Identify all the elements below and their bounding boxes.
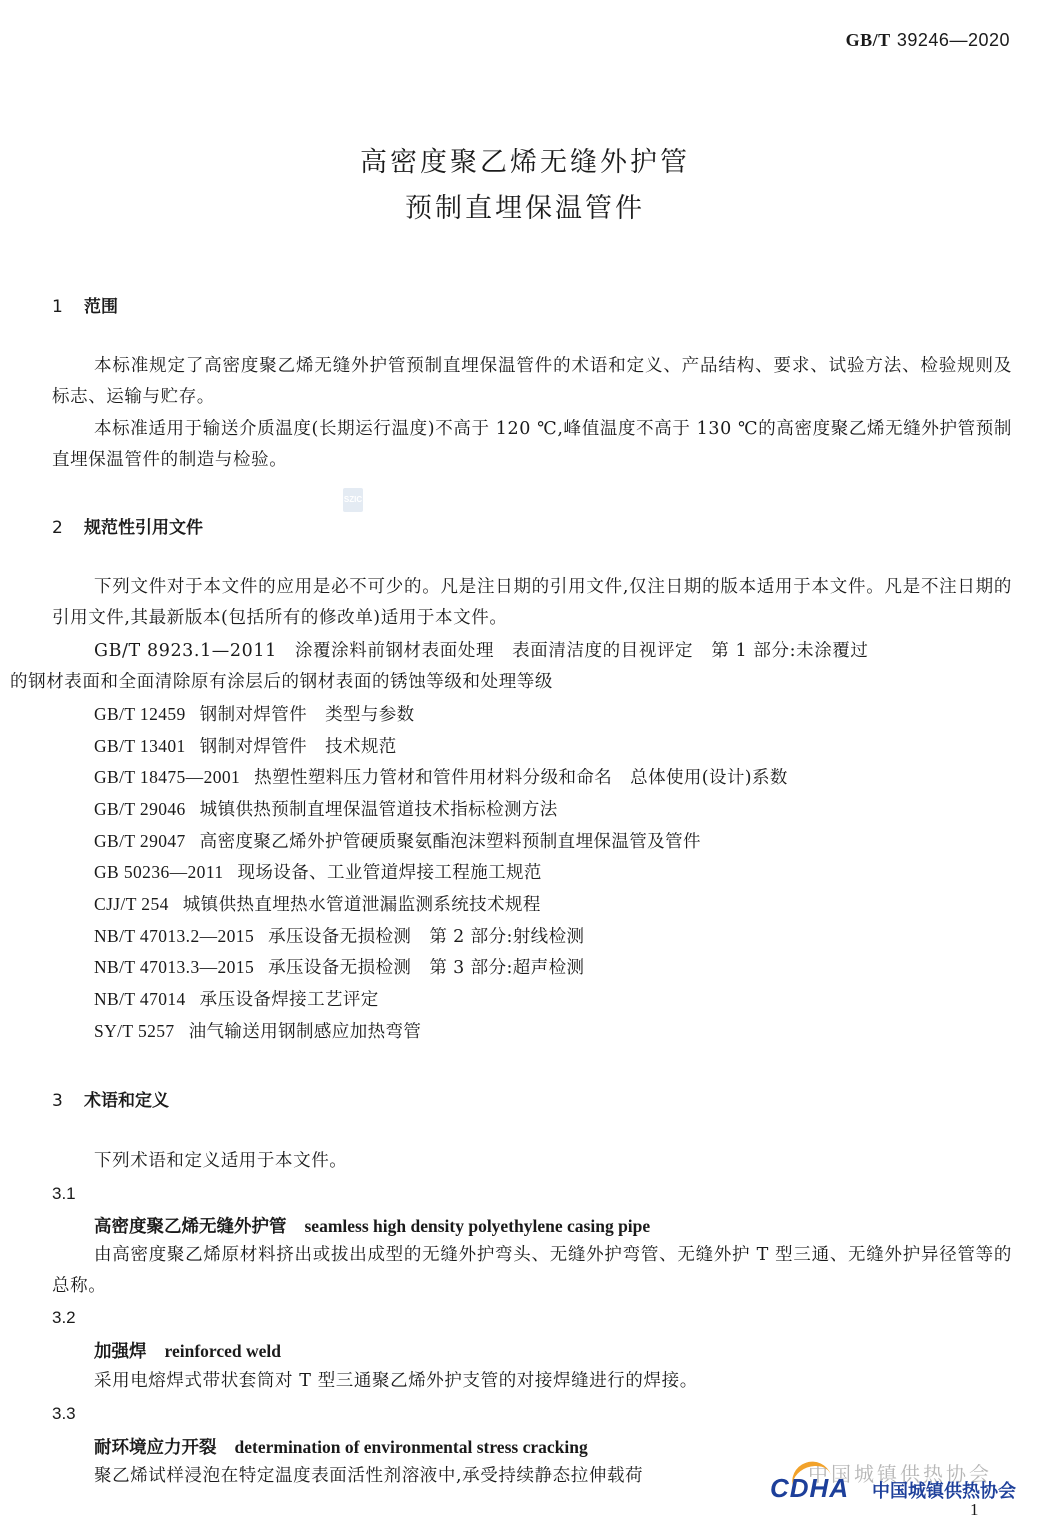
section-number: 3 (52, 1091, 84, 1111)
title-line-1: 高密度聚乙烯无缝外护管 (0, 140, 1050, 186)
reference-code: GB/T 13401 (94, 736, 186, 756)
reference-code: CJJ/T 254 (94, 894, 169, 914)
reference-item: SY/T 5257油气输送用钢制感应加热弯管 (94, 1016, 421, 1048)
cdha-org-name: 中国城镇供热协会 (872, 1477, 1016, 1503)
section-title: 范围 (84, 297, 118, 317)
reference-code: NB/T 47014 (94, 989, 186, 1009)
reference-title: 承压设备无损检测 (268, 927, 411, 947)
standard-code: GB/T 39246—2020 (846, 30, 1010, 51)
reference-subtitle: 技术规范 (325, 737, 397, 757)
reference-code: NB/T 47013.3—2015 (94, 957, 254, 977)
reference-title: 城镇供热预制直埋保温管道技术指标检测方法 (200, 800, 558, 820)
reference-code: GB/T 29047 (94, 831, 186, 851)
term-entry: 耐环境应力开裂determination of environmental st… (94, 1434, 588, 1459)
reference-code: GB/T 29046 (94, 799, 186, 819)
clause-number: 3.2 (52, 1308, 76, 1328)
reference-item: NB/T 47013.2—2015承压设备无损检测第 2 部分:射线检测 (94, 921, 584, 953)
reference-title: 现场设备、工业管道焊接工程施工规范 (238, 863, 542, 883)
reference-item: GB/T 8923.1—2011 涂覆涂料前钢材表面处理 表面清洁度的目视评定 … (52, 636, 1012, 698)
section-number: 1 (52, 297, 84, 317)
reference-item: CJJ/T 254城镇供热直埋热水管道泄漏监测系统技术规程 (94, 889, 541, 921)
paragraph: 本标准规定了高密度聚乙烯无缝外护管预制直埋保温管件的术语和定义、产品结构、要求、… (52, 351, 1012, 413)
term-definition: 聚乙烯试样浸泡在特定温度表面活性剂溶液中,承受持续静态拉伸载荷 (52, 1461, 772, 1492)
reference-subtitle: 总体使用(设计)系数 (630, 768, 788, 788)
reference-item: GB/T 29047高密度聚乙烯外护管硬质聚氨酯泡沫塑料预制直埋保温管及管件 (94, 826, 701, 858)
section-title: 规范性引用文件 (84, 518, 203, 538)
reference-code: GB/T 18475—2001 (94, 767, 240, 787)
reference-title: 承压设备无损检测 (268, 958, 411, 978)
section-heading-terms: 3术语和定义 (52, 1086, 169, 1111)
term-en: reinforced weld (165, 1341, 281, 1361)
section-heading-scope: 1范围 (52, 292, 118, 317)
term-en: seamless high density polyethylene casin… (305, 1216, 651, 1236)
reference-item: GB/T 18475—2001热塑性塑料压力管材和管件用材料分级和命名总体使用(… (94, 762, 788, 794)
reference-subtitle: 第 3 部分:超声检测 (429, 958, 584, 978)
reference-text-cont: 的钢材表面和全面清除原有涂层后的钢材表面的锈蚀等级和处理等级 (10, 672, 553, 692)
term-entry: 加强焊reinforced weld (94, 1338, 281, 1363)
reference-subtitle: 类型与参数 (325, 705, 415, 725)
term-zh: 高密度聚乙烯无缝外护管 (94, 1217, 287, 1237)
standard-prefix: GB/T (846, 30, 891, 50)
reference-text: GB/T 8923.1—2011 涂覆涂料前钢材表面处理 表面清洁度的目视评定 … (94, 641, 869, 661)
reference-title: 承压设备焊接工艺评定 (200, 990, 379, 1010)
document-title: 高密度聚乙烯无缝外护管 预制直埋保温管件 (0, 140, 1050, 232)
reference-code: GB/T 12459 (94, 704, 186, 724)
reference-item: NB/T 47013.3—2015承压设备无损检测第 3 部分:超声检测 (94, 952, 584, 984)
term-definition: 采用电熔焊式带状套筒对 T 型三通聚乙烯外护支管的对接焊缝进行的焊接。 (52, 1366, 1012, 1397)
reference-title: 钢制对焊管件 (200, 737, 307, 757)
cdha-logo-icon: CDHA (770, 1473, 849, 1504)
term-definition: 由高密度聚乙烯原材料挤出或拔出成型的无缝外护弯头、无缝外护弯管、无缝外护 T 型… (52, 1240, 1012, 1302)
reference-subtitle: 第 2 部分:射线检测 (429, 927, 584, 947)
reference-title: 钢制对焊管件 (200, 705, 307, 725)
clause-number: 3.1 (52, 1184, 76, 1204)
reference-item: GB/T 13401钢制对焊管件技术规范 (94, 731, 397, 763)
reference-title: 油气输送用钢制感应加热弯管 (189, 1022, 422, 1042)
paragraph: 下列术语和定义适用于本文件。 (52, 1146, 1012, 1177)
reference-code: NB/T 47013.2—2015 (94, 926, 254, 946)
page-number: 1 (970, 1500, 979, 1520)
section-heading-references: 2规范性引用文件 (52, 513, 203, 538)
reference-item: GB 50236—2011现场设备、工业管道焊接工程施工规范 (94, 857, 542, 889)
paragraph: 下列文件对于本文件的应用是必不可少的。凡是注日期的引用文件,仅注日期的版本适用于… (52, 572, 1012, 634)
reference-item: NB/T 47014承压设备焊接工艺评定 (94, 984, 379, 1016)
term-zh: 耐环境应力开裂 (94, 1438, 217, 1458)
standard-number: 39246—2020 (897, 30, 1010, 50)
term-zh: 加强焊 (94, 1342, 147, 1362)
clause-number: 3.3 (52, 1404, 76, 1424)
term-entry: 高密度聚乙烯无缝外护管seamless high density polyeth… (94, 1213, 650, 1238)
reference-item: GB/T 12459钢制对焊管件类型与参数 (94, 699, 415, 731)
title-line-2: 预制直埋保温管件 (0, 186, 1050, 232)
section-title: 术语和定义 (84, 1091, 169, 1111)
section-number: 2 (52, 518, 84, 538)
szic-watermark: SZIC (343, 488, 363, 512)
term-en: determination of environmental stress cr… (235, 1437, 588, 1457)
reference-title: 热塑性塑料压力管材和管件用材料分级和命名 (254, 768, 612, 788)
paragraph: 本标准适用于输送介质温度(长期运行温度)不高于 120 ℃,峰值温度不高于 13… (52, 414, 1012, 476)
reference-item: GB/T 29046城镇供热预制直埋保温管道技术指标检测方法 (94, 794, 558, 826)
reference-title: 高密度聚乙烯外护管硬质聚氨酯泡沫塑料预制直埋保温管及管件 (200, 832, 701, 852)
reference-code: SY/T 5257 (94, 1021, 175, 1041)
reference-code: GB 50236—2011 (94, 862, 224, 882)
reference-title: 城镇供热直埋热水管道泄漏监测系统技术规程 (183, 895, 541, 915)
